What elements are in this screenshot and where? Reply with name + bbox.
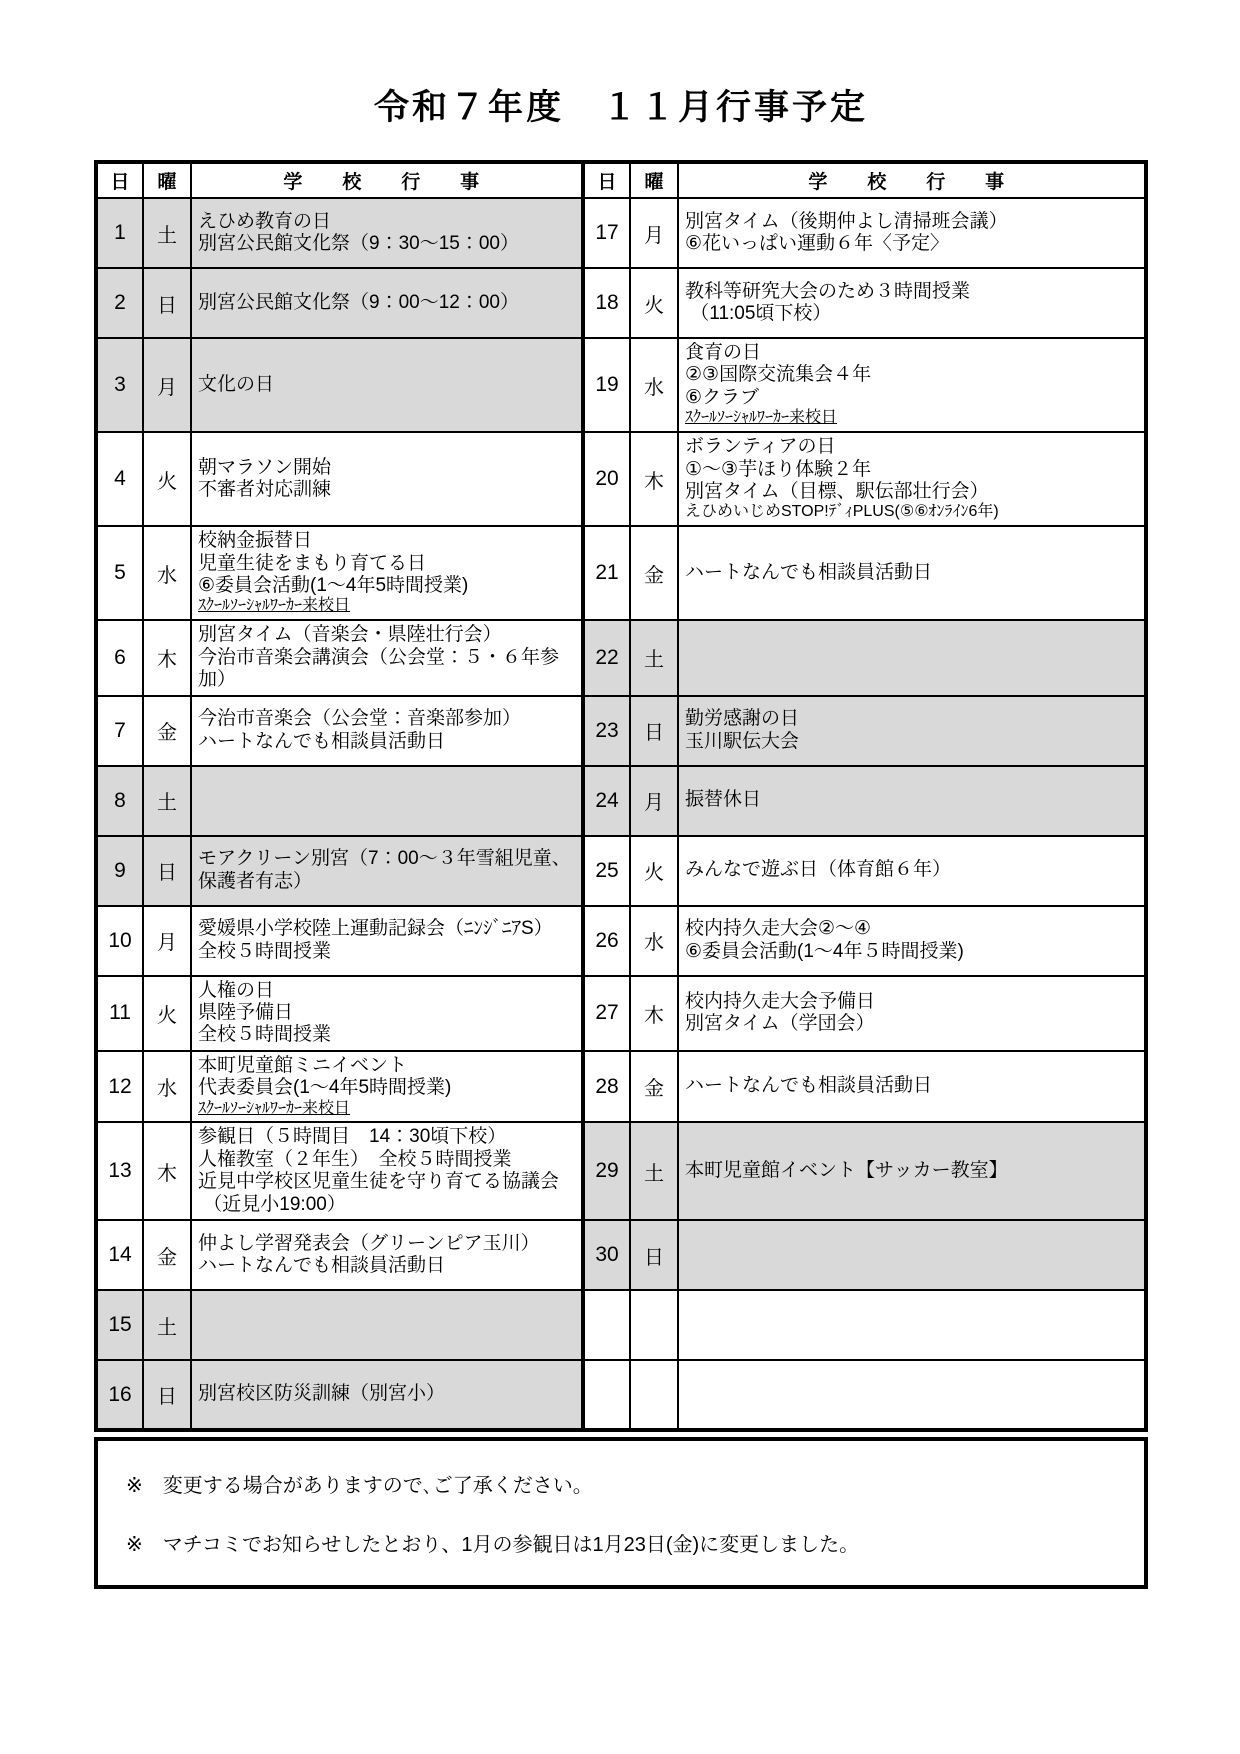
- event-cell: [678, 1360, 1146, 1430]
- day-cell: 30: [583, 1220, 630, 1290]
- event-line: えひめ教育の日: [198, 211, 575, 233]
- event-line: 今治市音楽会（公会堂：音楽部参加）: [198, 708, 575, 730]
- day-cell: 10: [96, 906, 143, 976]
- event-line: 代表委員会(1～4年5時間授業): [198, 1077, 575, 1099]
- day-cell: 15: [96, 1290, 143, 1360]
- schedule-table: 日 曜 学 校 行 事 日 曜 学 校 行 事 1土えひめ教育の日別宮公民館文化…: [94, 160, 1148, 1432]
- event-cell: 仲よし学習発表会（グリーンピア玉川）ハートなんでも相談員活動日: [191, 1220, 583, 1290]
- event-cell: ボランティアの日①～③芋ほり体験２年別宮タイム（目標、駅伝部壮行会）えひめいじめ…: [678, 432, 1146, 526]
- weekday-cell: 月: [143, 906, 191, 976]
- weekday-cell: 水: [630, 338, 678, 432]
- event-line: ハートなんでも相談員活動日: [198, 1255, 575, 1277]
- event-cell: 食育の日②③国際交流集会４年⑥クラブｽｸｰﾙｿｰｼｬﾙﾜｰｶｰ来校日: [678, 338, 1146, 432]
- event-line: ⑥委員会活動(1～4年５時間授業): [685, 941, 1138, 963]
- event-line: みんなで遊ぶ日（体育館６年）: [685, 859, 1138, 881]
- weekday-cell: 木: [630, 976, 678, 1051]
- weekday-cell: 日: [630, 696, 678, 766]
- day-cell: 11: [96, 976, 143, 1051]
- event-cell: ハートなんでも相談員活動日: [678, 1051, 1146, 1123]
- event-cell: 教科等研究大会のため３時間授業 （11:05頃下校）: [678, 268, 1146, 338]
- day-cell: 5: [96, 526, 143, 620]
- table-row: 4火朝マラソン開始不審者対応訓練20木ボランティアの日①～③芋ほり体験２年別宮タ…: [96, 432, 1146, 526]
- event-cell: 別宮校区防災訓練（別宮小）: [191, 1360, 583, 1430]
- event-line: 朝マラソン開始: [198, 457, 575, 479]
- event-line: 参観日（５時間目 14：30頃下校）: [198, 1126, 575, 1148]
- header-events-right: 学 校 行 事: [678, 162, 1146, 198]
- event-line: 全校５時間授業: [198, 1024, 575, 1046]
- weekday-cell: 日: [143, 268, 191, 338]
- weekday-cell: 月: [143, 338, 191, 432]
- event-cell: 愛媛県小学校陸上運動記録会（ﾆﾝｼﾞﾆｱS）全校５時間授業: [191, 906, 583, 976]
- weekday-cell: 金: [630, 526, 678, 620]
- day-cell: 7: [96, 696, 143, 766]
- event-cell: 本町児童館ミニイベント代表委員会(1～4年5時間授業)ｽｸｰﾙｿｰｼｬﾙﾜｰｶｰ…: [191, 1051, 583, 1123]
- event-cell: 参観日（５時間目 14：30頃下校）人権教室（２年生） 全校５時間授業近見中学校…: [191, 1122, 583, 1220]
- weekday-cell: 水: [143, 526, 191, 620]
- weekday-cell: 火: [630, 836, 678, 906]
- table-row: 16日別宮校区防災訓練（別宮小）: [96, 1360, 1146, 1430]
- day-cell: [583, 1360, 630, 1430]
- table-row: 12水本町児童館ミニイベント代表委員会(1～4年5時間授業)ｽｸｰﾙｿｰｼｬﾙﾜ…: [96, 1051, 1146, 1123]
- event-cell: [678, 1290, 1146, 1360]
- event-cell: 別宮タイム（後期仲よし清掃班会議）⑥花いっぱい運動６年〈予定〉: [678, 198, 1146, 268]
- day-cell: 4: [96, 432, 143, 526]
- page-title: 令和７年度 １１月行事予定: [94, 80, 1148, 130]
- event-line: 勤労感謝の日: [685, 708, 1138, 730]
- event-cell: 人権の日県陸予備日全校５時間授業: [191, 976, 583, 1051]
- day-cell: 24: [583, 766, 630, 836]
- notes-box: ※ 変更する場合がありますので､ご了承ください｡ ※ マチコミでお知らせしたとお…: [94, 1437, 1148, 1589]
- table-row: 14金仲よし学習発表会（グリーンピア玉川）ハートなんでも相談員活動日30日: [96, 1220, 1146, 1290]
- table-row: 1土えひめ教育の日別宮公民館文化祭（9：30～15：00）17月別宮タイム（後期…: [96, 198, 1146, 268]
- weekday-cell: 土: [143, 198, 191, 268]
- day-cell: 18: [583, 268, 630, 338]
- event-cell: [191, 766, 583, 836]
- event-cell: 今治市音楽会（公会堂：音楽部参加）ハートなんでも相談員活動日: [191, 696, 583, 766]
- weekday-cell: 月: [630, 766, 678, 836]
- table-row: 2日別宮公民館文化祭（9：00～12：00）18火教科等研究大会のため３時間授業…: [96, 268, 1146, 338]
- event-line: 別宮校区防災訓練（別宮小）: [198, 1383, 575, 1405]
- event-line: 不審者対応訓練: [198, 479, 575, 501]
- event-line: 人権教室（２年生） 全校５時間授業: [198, 1149, 575, 1171]
- event-line: えひめいじめSTOP!ﾃﾞｨPLUS(⑤⑥ｵﾝﾗｲﾝ6年): [685, 503, 1138, 522]
- weekday-cell: 水: [143, 1051, 191, 1123]
- event-cell: 朝マラソン開始不審者対応訓練: [191, 432, 583, 526]
- table-row: 3月文化の日19水食育の日②③国際交流集会４年⑥クラブｽｸｰﾙｿｰｼｬﾙﾜｰｶｰ…: [96, 338, 1146, 432]
- event-line: 別宮公民館文化祭（9：00～12：00）: [198, 292, 575, 314]
- day-cell: 20: [583, 432, 630, 526]
- event-line: 別宮タイム（学団会）: [685, 1013, 1138, 1035]
- event-line: 校納金振替日: [198, 530, 575, 552]
- event-cell: [678, 1220, 1146, 1290]
- weekday-cell: 金: [630, 1051, 678, 1123]
- event-cell: ハートなんでも相談員活動日: [678, 526, 1146, 620]
- event-line: モアクリーン別宮（7：00～３年雪組児童、保護者有志）: [198, 848, 575, 893]
- weekday-cell: 土: [143, 1290, 191, 1360]
- schedule-header: 日 曜 学 校 行 事 日 曜 学 校 行 事: [96, 162, 1146, 198]
- day-cell: 14: [96, 1220, 143, 1290]
- day-cell: 16: [96, 1360, 143, 1430]
- event-line: 本町児童館イベント【サッカー教室】: [685, 1160, 1138, 1182]
- day-cell: 22: [583, 620, 630, 695]
- table-row: 11火人権の日県陸予備日全校５時間授業27木校内持久走大会予備日別宮タイム（学団…: [96, 976, 1146, 1051]
- weekday-cell: 火: [630, 268, 678, 338]
- table-row: 7金今治市音楽会（公会堂：音楽部参加）ハートなんでも相談員活動日23日勤労感謝の…: [96, 696, 1146, 766]
- day-cell: 28: [583, 1051, 630, 1123]
- event-line: 全校５時間授業: [198, 941, 575, 963]
- weekday-cell: 金: [143, 696, 191, 766]
- event-line: ⑥委員会活動(1～4年5時間授業): [198, 575, 575, 597]
- weekday-cell: 水: [630, 906, 678, 976]
- event-line: 教科等研究大会のため３時間授業: [685, 281, 1138, 303]
- event-line: 別宮公民館文化祭（9：30～15：00）: [198, 233, 575, 255]
- event-line: （11:05頃下校）: [685, 303, 1138, 325]
- day-cell: 19: [583, 338, 630, 432]
- event-line: 近見中学校区児童生徒を守り育てる協議会: [198, 1171, 575, 1193]
- event-cell: 勤労感謝の日玉川駅伝大会: [678, 696, 1146, 766]
- day-cell: 23: [583, 696, 630, 766]
- day-cell: 25: [583, 836, 630, 906]
- event-line: 愛媛県小学校陸上運動記録会（ﾆﾝｼﾞﾆｱS）: [198, 918, 575, 940]
- table-row: 8土24月振替休日: [96, 766, 1146, 836]
- day-cell: 17: [583, 198, 630, 268]
- event-line: ①～③芋ほり体験２年: [685, 459, 1138, 481]
- event-line: 本町児童館ミニイベント: [198, 1055, 575, 1077]
- event-line: 玉川駅伝大会: [685, 731, 1138, 753]
- table-row: 15土: [96, 1290, 1146, 1360]
- event-line: 県陸予備日: [198, 1002, 575, 1024]
- event-line: 振替休日: [685, 789, 1138, 811]
- weekday-cell: 金: [143, 1220, 191, 1290]
- note-line: ※ 変更する場合がありますので､ご了承ください｡: [126, 1469, 1116, 1498]
- header-weekday-right: 曜: [630, 162, 678, 198]
- event-line: ボランティアの日: [685, 436, 1138, 458]
- weekday-cell: 土: [143, 766, 191, 836]
- schedule-page: 令和７年度 １１月行事予定 日 曜 学 校 行 事 日 曜 学 校 行 事 1土…: [0, 0, 1240, 1589]
- schedule-body: 1土えひめ教育の日別宮公民館文化祭（9：30～15：00）17月別宮タイム（後期…: [96, 198, 1146, 1430]
- weekday-cell: [630, 1290, 678, 1360]
- event-cell: えひめ教育の日別宮公民館文化祭（9：30～15：00）: [191, 198, 583, 268]
- day-cell: 21: [583, 526, 630, 620]
- event-line: 食育の日: [685, 342, 1138, 364]
- day-cell: 6: [96, 620, 143, 695]
- weekday-cell: 土: [630, 620, 678, 695]
- weekday-cell: 火: [143, 432, 191, 526]
- note-line: ※ マチコミでお知らせしたとおり、1月の参観日は1月23日(金)に変更しました。: [126, 1528, 1116, 1557]
- event-line: 校内持久走大会②～④: [685, 918, 1138, 940]
- event-line: 校内持久走大会予備日: [685, 991, 1138, 1013]
- day-cell: 3: [96, 338, 143, 432]
- day-cell: 8: [96, 766, 143, 836]
- event-cell: 振替休日: [678, 766, 1146, 836]
- event-cell: みんなで遊ぶ日（体育館６年）: [678, 836, 1146, 906]
- event-line: 別宮タイム（目標、駅伝部壮行会）: [685, 481, 1138, 503]
- table-row: 10月愛媛県小学校陸上運動記録会（ﾆﾝｼﾞﾆｱS）全校５時間授業26水校内持久走…: [96, 906, 1146, 976]
- event-line: 児童生徒をまもり育てる日: [198, 553, 575, 575]
- day-cell: 9: [96, 836, 143, 906]
- day-cell: 12: [96, 1051, 143, 1123]
- event-line: ハートなんでも相談員活動日: [685, 1075, 1138, 1097]
- event-line: 今治市音楽会講演会（公会堂：５・６年参加）: [198, 647, 575, 692]
- day-cell: 29: [583, 1122, 630, 1220]
- event-line: ｽｸｰﾙｿｰｼｬﾙﾜｰｶｰ来校日: [198, 597, 575, 616]
- event-line: 仲よし学習発表会（グリーンピア玉川）: [198, 1233, 575, 1255]
- day-cell: 27: [583, 976, 630, 1051]
- weekday-cell: 木: [143, 620, 191, 695]
- table-row: 9日モアクリーン別宮（7：00～３年雪組児童、保護者有志）25火みんなで遊ぶ日（…: [96, 836, 1146, 906]
- weekday-cell: 日: [143, 1360, 191, 1430]
- day-cell: 26: [583, 906, 630, 976]
- header-events-left: 学 校 行 事: [191, 162, 583, 198]
- event-line: 別宮タイム（音楽会・県陸壮行会）: [198, 624, 575, 646]
- event-cell: 校内持久走大会予備日別宮タイム（学団会）: [678, 976, 1146, 1051]
- weekday-cell: 火: [143, 976, 191, 1051]
- weekday-cell: 日: [630, 1220, 678, 1290]
- event-cell: 別宮公民館文化祭（9：00～12：00）: [191, 268, 583, 338]
- event-line: ⑥クラブ: [685, 387, 1138, 409]
- event-line: 人権の日: [198, 980, 575, 1002]
- event-cell: 校内持久走大会②～④⑥委員会活動(1～4年５時間授業): [678, 906, 1146, 976]
- event-cell: 本町児童館イベント【サッカー教室】: [678, 1122, 1146, 1220]
- day-cell: 1: [96, 198, 143, 268]
- weekday-cell: 木: [630, 432, 678, 526]
- header-row: 日 曜 学 校 行 事 日 曜 学 校 行 事: [96, 162, 1146, 198]
- table-row: 13木参観日（５時間目 14：30頃下校）人権教室（２年生） 全校５時間授業近見…: [96, 1122, 1146, 1220]
- event-line: ②③国際交流集会４年: [685, 364, 1138, 386]
- event-line: ハートなんでも相談員活動日: [198, 731, 575, 753]
- event-line: （近見小19:00）: [198, 1194, 575, 1216]
- weekday-cell: 土: [630, 1122, 678, 1220]
- table-row: 5水校納金振替日児童生徒をまもり育てる日⑥委員会活動(1～4年5時間授業)ｽｸｰ…: [96, 526, 1146, 620]
- header-day-left: 日: [96, 162, 143, 198]
- day-cell: 13: [96, 1122, 143, 1220]
- event-line: ハートなんでも相談員活動日: [685, 562, 1138, 584]
- header-weekday-left: 曜: [143, 162, 191, 198]
- weekday-cell: 木: [143, 1122, 191, 1220]
- day-cell: 2: [96, 268, 143, 338]
- event-line: ⑥花いっぱい運動６年〈予定〉: [685, 233, 1138, 255]
- event-line: 文化の日: [198, 374, 575, 396]
- event-line: ｽｸｰﾙｿｰｼｬﾙﾜｰｶｰ来校日: [685, 409, 1138, 428]
- day-cell: [583, 1290, 630, 1360]
- table-row: 6木別宮タイム（音楽会・県陸壮行会）今治市音楽会講演会（公会堂：５・６年参加）2…: [96, 620, 1146, 695]
- weekday-cell: [630, 1360, 678, 1430]
- event-cell: 別宮タイム（音楽会・県陸壮行会）今治市音楽会講演会（公会堂：５・６年参加）: [191, 620, 583, 695]
- event-cell: モアクリーン別宮（7：00～３年雪組児童、保護者有志）: [191, 836, 583, 906]
- event-line: ｽｸｰﾙｿｰｼｬﾙﾜｰｶｰ来校日: [198, 1100, 575, 1119]
- event-cell: [678, 620, 1146, 695]
- weekday-cell: 月: [630, 198, 678, 268]
- event-cell: 校納金振替日児童生徒をまもり育てる日⑥委員会活動(1～4年5時間授業)ｽｸｰﾙｿ…: [191, 526, 583, 620]
- event-cell: 文化の日: [191, 338, 583, 432]
- weekday-cell: 日: [143, 836, 191, 906]
- event-line: 別宮タイム（後期仲よし清掃班会議）: [685, 211, 1138, 233]
- event-cell: [191, 1290, 583, 1360]
- header-day-right: 日: [583, 162, 630, 198]
